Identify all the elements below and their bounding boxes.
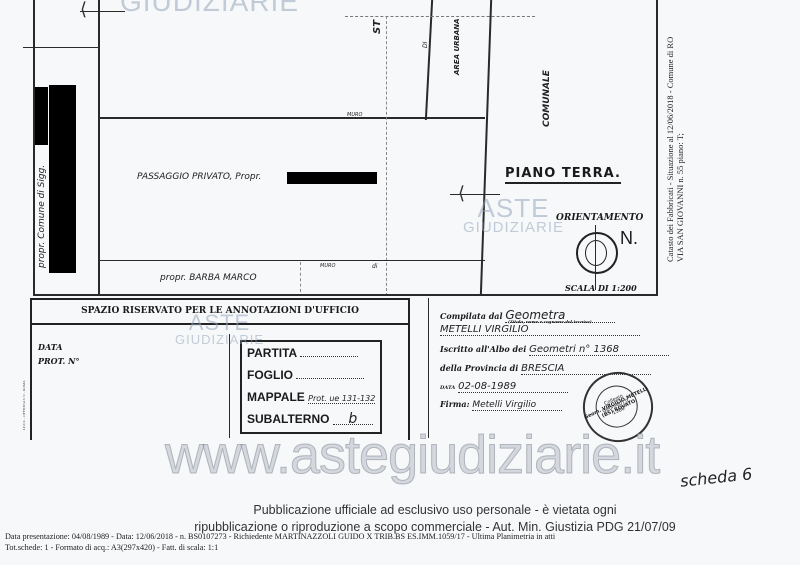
label-comunale: COMUNALE (542, 70, 552, 127)
label-di: DI (422, 42, 429, 48)
orientamento-label: ORIENTAMENTO (556, 213, 643, 223)
watermark-logo-line2: GIUDIZIARIE (175, 333, 264, 346)
plan-bottom-line (33, 294, 658, 296)
north-label: N. (620, 228, 638, 249)
redaction-block (49, 85, 76, 273)
label-st: ST (372, 20, 383, 34)
compiler-data-value: 02-08-1989 (458, 381, 568, 393)
provincia-value: BRESCIA (521, 363, 651, 375)
label-propr-barba: propr. BARBA MARCO (160, 273, 257, 283)
title-hint: (Titolo, nome e cognome del tecnico) (508, 319, 592, 324)
compass-inner-ring (585, 240, 607, 266)
firma-signature: Metelli Virgilio (472, 400, 562, 411)
data-label: DATA (38, 342, 62, 352)
piano-title: PIANO TERRA. (505, 166, 621, 184)
scheda-note: scheda 6 (679, 464, 753, 490)
field-partita: PARTITA (247, 346, 380, 368)
compiler-name: METELLI VIRGILIO (440, 324, 640, 336)
side-caption: Catasto dei Fabbricati - Situazione al 1… (665, 37, 685, 262)
firma-label: Firma: (440, 399, 470, 409)
label-area-urbana: AREA URBANA (453, 18, 461, 75)
plan-tick-top-left (23, 47, 100, 48)
label-propr-comune: propr. Comune di Sigg. (37, 165, 47, 268)
iscritto-label: Iscritto all'Albo dei (440, 344, 526, 354)
office-box-inner-divider (229, 334, 230, 438)
watermark-logo-line1: ASTE (175, 313, 264, 333)
compiler-left-frame (428, 298, 429, 438)
label-muro-bottom: MURO (320, 263, 335, 269)
label-passaggio: PASSAGGIO PRIVATO, Propr. (137, 172, 261, 182)
mappale-value: Prot. ue 131-132 (308, 394, 375, 404)
prot-label: PROT. N° (38, 356, 79, 366)
compass-needle (595, 225, 596, 290)
label-di-bottom: di (372, 263, 377, 270)
watermark-logo-mid: ASTE GIUDIZIARIE (463, 196, 564, 235)
document-metadata: Data presentazione: 04/08/1989 - Data: 1… (5, 531, 555, 553)
redaction-block (35, 87, 48, 145)
plan-inner-wall (98, 0, 100, 296)
plan-barba-line (100, 260, 485, 261)
cadastral-fields-box: PARTITA FOGLIO MAPPALE Prot. ue 131-132 … (240, 340, 382, 434)
subalterno-value: b (333, 414, 373, 425)
printer-mark: I.P.Z.S. - OFFICINA C.V. - ROMA (22, 380, 26, 430)
plan-left-wall (33, 0, 35, 296)
compiler-data-label: DATA (440, 385, 455, 391)
scale-label: SCALA DI 1:200 (565, 283, 637, 293)
field-foglio: FOGLIO (247, 368, 380, 390)
watermark-logo-line2: GIUDIZIARIE (463, 220, 564, 235)
plan-dotted-boundary-top (345, 16, 535, 17)
side-caption-line1: Catasto dei Fabbricati - Situazione al 1… (665, 37, 675, 262)
plan-area-divider-2 (480, 0, 492, 296)
field-mappale: MAPPALE Prot. ue 131-132 (247, 390, 380, 412)
watermark-logo-office: ASTE GIUDIZIARIE (175, 313, 264, 346)
watermark-site: www.astegiudiziarie.it (165, 425, 659, 485)
notice-line1: Pubblicazione ufficiale ad esclusivo uso… (150, 502, 720, 519)
plan-area-divider-1 (425, 0, 433, 120)
arrow-left-icon: ⟨ (80, 0, 87, 18)
metadata-line1: Data presentazione: 04/08/1989 - Data: 1… (5, 531, 555, 542)
side-caption-line2: VIA SAN GIOVANNI n. 55 piano: T; (675, 37, 685, 262)
iscritto-value: Geometri (529, 344, 576, 355)
plan-muro-line (100, 117, 485, 119)
metadata-line2: Tot.schede: 1 - Formato di acq.: A3(297x… (5, 542, 555, 553)
redaction-block (287, 172, 377, 184)
label-muro-top: MURO (347, 112, 362, 118)
compilata-label: Compilata dal (440, 311, 503, 321)
plan-dotted-boundary-v (386, 16, 387, 296)
watermark-top: GIUDIZIARIE (120, 0, 299, 18)
plan-tick-bottom (300, 262, 301, 292)
foglio-value (296, 378, 364, 379)
plan-right-frame (656, 0, 658, 296)
partita-value (300, 356, 358, 357)
provincia-label: della Provincia di (440, 363, 518, 373)
albo-number: n° 1368 (579, 344, 619, 355)
watermark-logo-line1: ASTE (463, 196, 564, 220)
